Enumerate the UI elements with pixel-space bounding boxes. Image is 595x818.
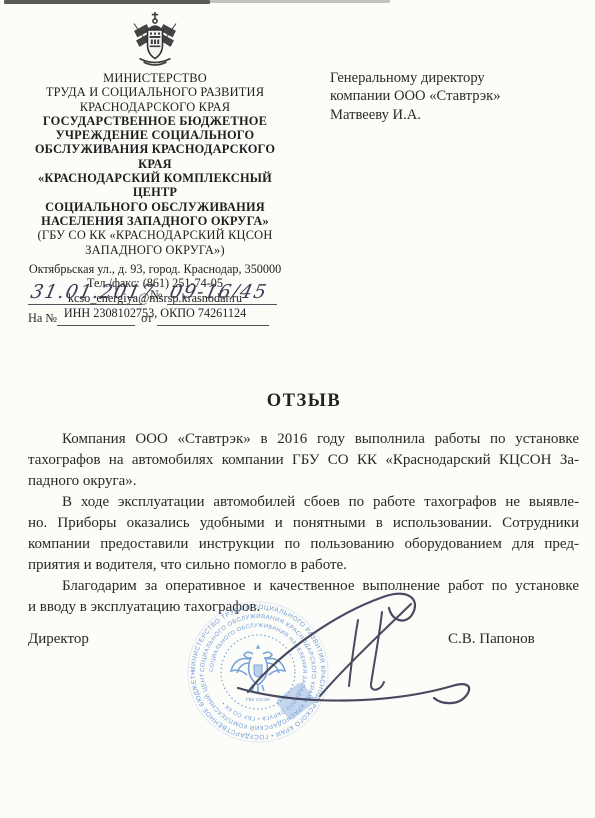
body-line: приятия и водителя, что сильно помогло в… <box>28 555 579 576</box>
org-name-line: СОЦИАЛЬНОГО ОБСЛУЖИВАНИЯ <box>26 200 284 214</box>
org-name-line: ГОСУДАРСТВЕННОЕ БЮДЖЕТНОЕ <box>26 114 284 128</box>
reply-from-label: от <box>141 311 152 326</box>
reply-date-underline <box>157 310 269 326</box>
document-title: ОТЗЫВ <box>28 391 580 412</box>
org-name-line: НАСЕЛЕНИЯ ЗАПАДНОГО ОКРУГА» <box>26 214 284 228</box>
director-handwritten-signature <box>222 586 492 728</box>
recipient-line: компании ООО «Ставтрэк» <box>330 87 545 105</box>
org-name-line: «КРАСНОДАРСКИЙ КОМПЛЕКСНЫЙ ЦЕНТР <box>26 171 284 200</box>
date-underline: 31.01.2017 <box>28 278 142 305</box>
body-line: компании предоставили инструкции по поль… <box>28 534 579 555</box>
recipient-line: Генеральному директору <box>330 69 545 87</box>
scan-edge-artifact <box>4 0 210 4</box>
krasnodar-krai-coat-of-arms-icon <box>132 11 178 67</box>
ministry-line: ТРУДА И СОЦИАЛЬНОГО РАЗВИТИЯ <box>26 85 284 99</box>
scan-edge-artifact-light <box>210 0 390 3</box>
signer-position-label: Директор <box>28 631 89 648</box>
recipient-block: Генеральному директору компании ООО «Ста… <box>330 69 545 124</box>
reply-reference-row: На № от <box>28 309 269 326</box>
reply-number-underline <box>57 310 135 326</box>
org-abbrev-line: (ГБУ СО КК «КРАСНОДАРСКИЙ КЦСОН <box>26 228 284 242</box>
ministry-line: МИНИСТЕРСТВО <box>26 71 284 85</box>
body-line: тахографов на автомобилях компании ГБУ С… <box>28 450 579 471</box>
reply-to-label: На № <box>28 311 57 326</box>
body-line: Компания ООО «Ставтрэк» в 2016 году выпо… <box>28 429 579 450</box>
body-line: но. Приборы оказались удобными и понятны… <box>28 513 579 534</box>
body-line: падного округа». <box>28 471 579 492</box>
handwritten-date: 31.01.2017 <box>29 281 157 303</box>
scanned-letter-page: МИНИСТЕРСТВО ТРУДА И СОЦИАЛЬНОГО РАЗВИТИ… <box>0 0 595 818</box>
outgoing-reference-row: 31.01.2017 № 09-16/45 <box>28 278 277 305</box>
handwritten-number: 09-16/45 <box>168 281 270 303</box>
org-abbrev-line: ЗАПАДНОГО ОКРУГА») <box>26 243 284 257</box>
recipient-line: Матвееву И.А. <box>330 106 545 124</box>
ministry-line: КРАСНОДАРСКОГО КРАЯ <box>26 100 284 114</box>
address-line: Октябрьская ул., д. 93, город. Краснодар… <box>26 262 284 277</box>
org-name-line: ОБСЛУЖИВАНИЯ КРАСНОДАРСКОГО КРАЯ <box>26 142 284 171</box>
body-line: В ходе эксплуатации автомобилей сбоев по… <box>28 492 579 513</box>
org-name-line: УЧРЕЖДЕНИЕ СОЦИАЛЬНОГО <box>26 128 284 142</box>
number-underline: 09-16/45 <box>167 278 277 305</box>
